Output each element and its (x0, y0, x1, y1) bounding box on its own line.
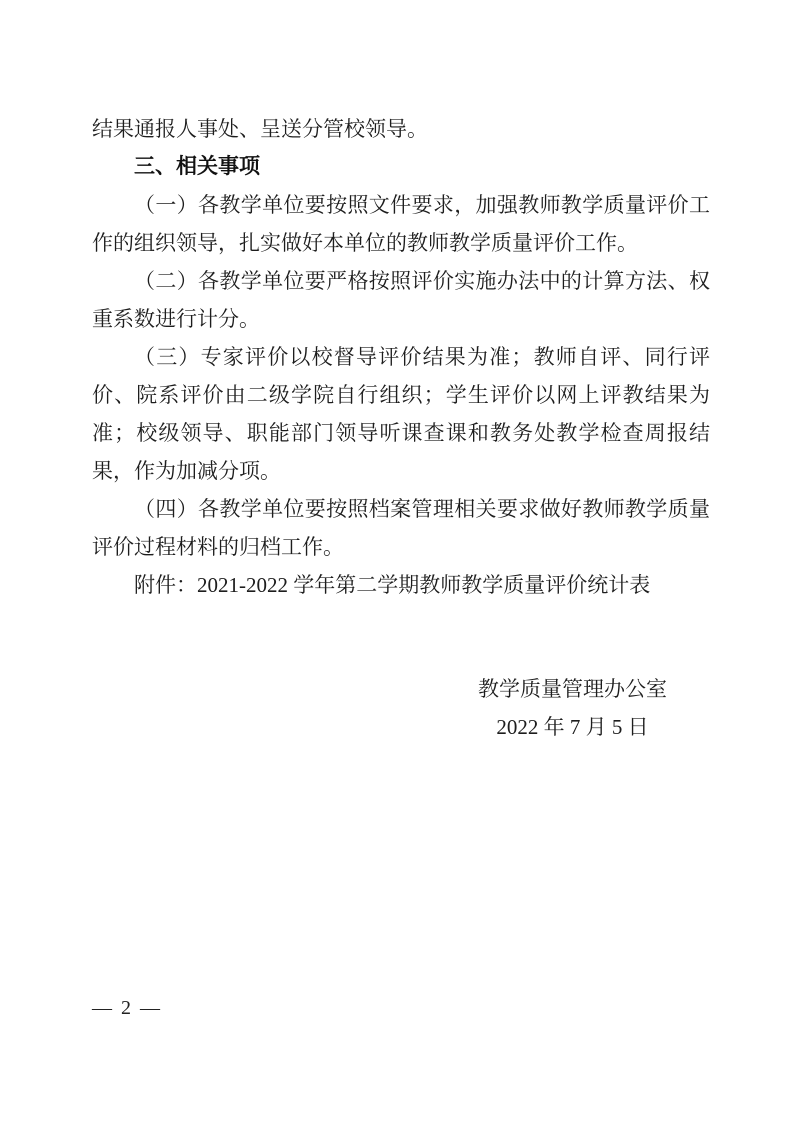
paragraph-item-3: （三）专家评价以校督导评价结果为准；教师自评、同行评价、院系评价由二级学院自行组… (92, 338, 710, 490)
paragraph-item-2: （二）各教学单位要严格按照评价实施办法中的计算方法、权重系数进行计分。 (92, 262, 710, 338)
paragraph-continuation: 结果通报人事处、呈送分管校领导。 (92, 110, 710, 148)
page-number: — 2 — (92, 989, 162, 1027)
document-page: 结果通报人事处、呈送分管校领导。 三、相关事项 （一）各教学单位要按照文件要求，… (0, 0, 793, 1122)
signature-block: 教学质量管理办公室 2022 年 7 月 5 日 (478, 670, 667, 746)
document-body: 结果通报人事处、呈送分管校领导。 三、相关事项 （一）各教学单位要按照文件要求，… (92, 110, 710, 746)
paragraph-item-4: （四）各教学单位要按照档案管理相关要求做好教师教学质量评价过程材料的归档工作。 (92, 490, 710, 566)
paragraph-item-1: （一）各教学单位要按照文件要求，加强教师教学质量评价工作的组织领导，扎实做好本单… (92, 186, 710, 262)
section-heading: 三、相关事项 (92, 148, 710, 186)
attachment-line: 附件：2021-2022 学年第二学期教师教学质量评价统计表 (92, 566, 710, 604)
signature-date: 2022 年 7 月 5 日 (478, 708, 667, 746)
signature-office: 教学质量管理办公室 (478, 670, 667, 708)
